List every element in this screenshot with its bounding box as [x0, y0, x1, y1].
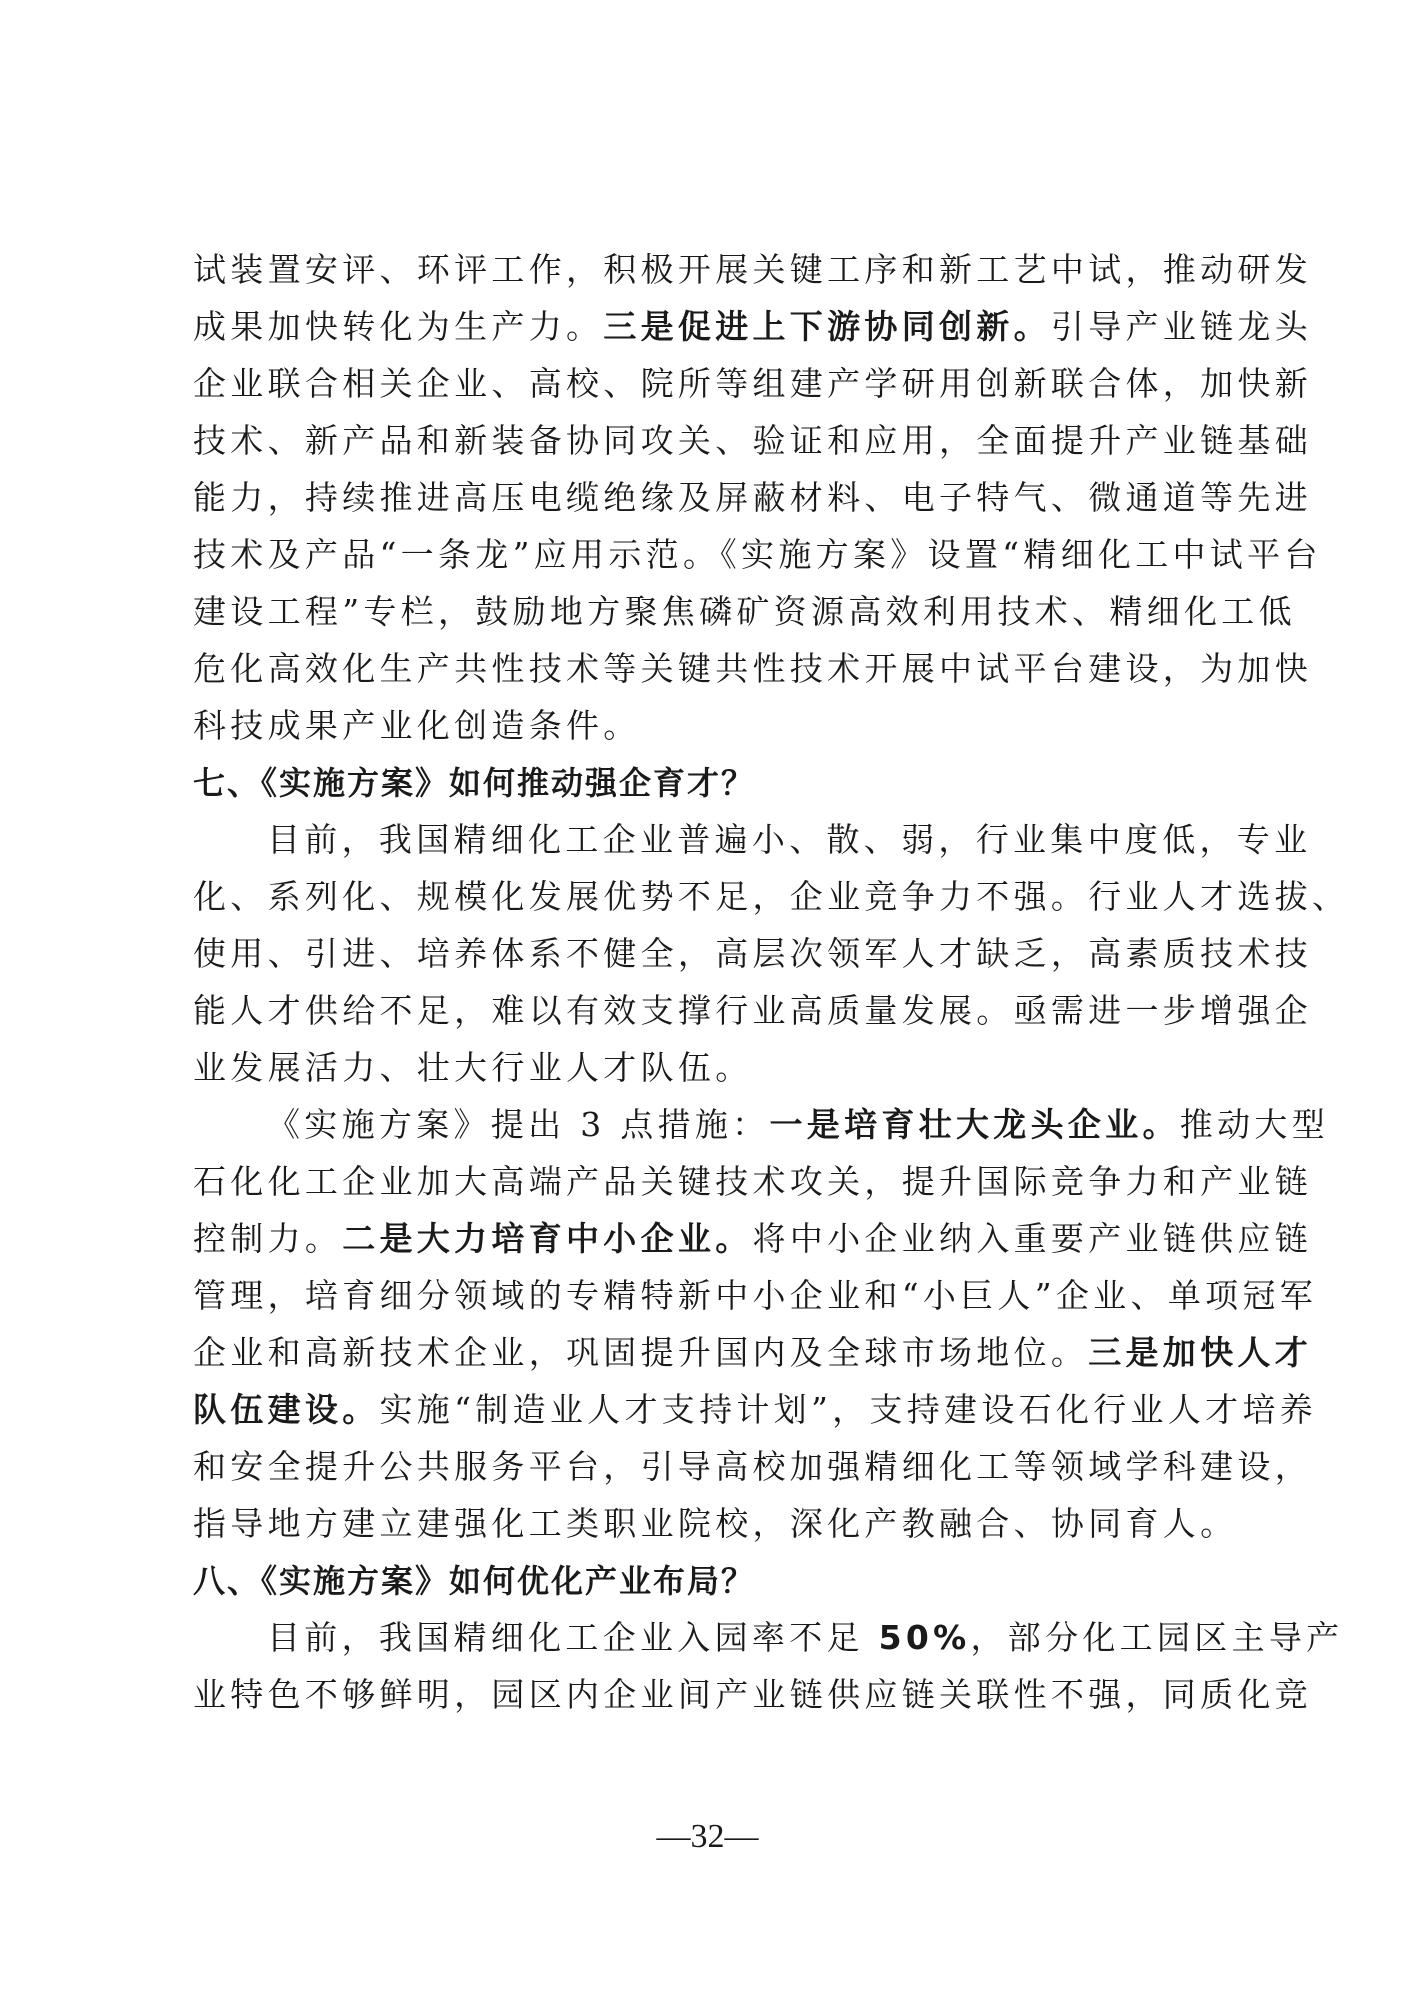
- paragraph-line: 能人才供给不足，难以有效支撑行业高质量发展。亟需进一步增强企: [193, 989, 1239, 1033]
- section-heading: 七、《实施方案》如何推动强企育才？: [193, 761, 1239, 805]
- text-run: 七、《实施方案》如何推动强企育才？: [193, 764, 755, 802]
- text-run: 控制力。: [193, 1219, 342, 1258]
- paragraph-line: 技术、新产品和新装备协同攻关、验证和应用，全面提升产业链基础: [193, 419, 1239, 463]
- paragraph-line: 试装置安评、环评工作，积极开展关键工序和新工艺中试，推动研发: [193, 248, 1239, 292]
- text-run: 目前，我国精细化工企业入园率不足: [267, 1618, 879, 1657]
- paragraph-line: 科技成果产业化创造条件。: [193, 704, 1239, 748]
- text-run: 和安全提升公共服务平台，引导高校加强精细化工等领域学科建设，: [193, 1447, 1312, 1486]
- text-run: 目前，我国精细化工企业普遍小、散、弱，行业集中度低，专业: [267, 820, 1311, 859]
- text-run: 建设工程”专栏，鼓励地方聚焦磷矿资源高效利用技术、精细化工低: [193, 592, 1296, 631]
- paragraph-line: 目前，我国精细化工企业普遍小、散、弱，行业集中度低，专业: [267, 818, 1239, 862]
- paragraph-line: 队伍建设。实施“制造业人才支持计划”，支持建设石化行业人才培养: [193, 1388, 1239, 1432]
- paragraph-line: 管理，培育细分领域的专精特新中小企业和“小巨人”企业、单项冠军: [193, 1274, 1239, 1318]
- bold-emphasis: 三是加快人才: [1088, 1333, 1312, 1372]
- paragraph-line: 建设工程”专栏，鼓励地方聚焦磷矿资源高效利用技术、精细化工低: [193, 590, 1239, 634]
- paragraph-line: 业特色不够鲜明，园区内企业间产业链供应链关联性不强，同质化竞: [193, 1673, 1239, 1717]
- text-run: 业特色不够鲜明，园区内企业间产业链供应链关联性不强，同质化竞: [193, 1675, 1312, 1714]
- paragraph-line: 企业和高新技术企业，巩固提升国内及全球市场地位。三是加快人才: [193, 1331, 1239, 1375]
- paragraph-line: 危化高效化生产共性技术等关键共性技术开展中试平台建设，为加快: [193, 647, 1239, 691]
- paragraph-line: 石化化工企业加大高端产品关键技术攻关，提升国际竞争力和产业链: [193, 1160, 1239, 1204]
- text-run: 危化高效化生产共性技术等关键共性技术开展中试平台建设，为加快: [193, 649, 1312, 688]
- text-run: 科技成果产业化创造条件。: [193, 706, 641, 745]
- text-run: 石化化工企业加大高端产品关键技术攻关，提升国际竞争力和产业链: [193, 1162, 1312, 1201]
- text-run: 使用、引进、培养体系不健全，高层次领军人才缺乏，高素质技术技: [193, 934, 1312, 973]
- paragraph-line: 控制力。二是大力培育中小企业。将中小企业纳入重要产业链供应链: [193, 1217, 1239, 1261]
- paragraph-line: 业发展活力、壮大行业人才队伍。: [193, 1046, 1239, 1090]
- paragraph-line: 使用、引进、培养体系不健全，高层次领军人才缺乏，高素质技术技: [193, 932, 1239, 976]
- text-run: 将中小企业纳入重要产业链供应链: [753, 1219, 1313, 1258]
- text-run: 试装置安评、环评工作，积极开展关键工序和新工艺中试，推动研发: [193, 250, 1312, 289]
- paragraph-line: 化、系列化、规模化发展优势不足，企业竞争力不强。行业人才选拔、: [193, 875, 1239, 919]
- text-run: 技术、新产品和新装备协同攻关、验证和应用，全面提升产业链基础: [193, 421, 1312, 460]
- text-run: 能人才供给不足，难以有效支撑行业高质量发展。亟需进一步增强企: [193, 991, 1312, 1030]
- section-heading: 八、《实施方案》如何优化产业布局？: [193, 1559, 1239, 1603]
- text-run: ，部分化工园区主导产: [970, 1618, 1343, 1657]
- paragraph-line: 指导地方建立建强化工类职业院校，深化产教融合、协同育人。: [193, 1502, 1239, 1546]
- paragraph-line: 企业联合相关企业、高校、院所等组建产学研用创新联合体，加快新: [193, 362, 1239, 406]
- text-run: 业发展活力、壮大行业人才队伍。: [193, 1048, 753, 1087]
- bold-emphasis: 50%: [879, 1618, 971, 1657]
- text-run: 引导产业链龙头: [1051, 307, 1312, 346]
- paragraph-line: 能力，持续推进高压电缆绝缘及屏蔽材料、电子特气、微通道等先进: [193, 476, 1239, 520]
- text-run: 指导地方建立建强化工类职业院校，深化产教融合、协同育人。: [193, 1504, 1237, 1543]
- paragraph-line: 和安全提升公共服务平台，引导高校加强精细化工等领域学科建设，: [193, 1445, 1239, 1489]
- bold-emphasis: 三是促进上下游协同创新。: [603, 307, 1051, 346]
- text-run: 成果加快转化为生产力。: [193, 307, 603, 346]
- text-run: 化、系列化、规模化发展优势不足，企业竞争力不强。行业人才选拔、: [193, 877, 1349, 916]
- text-run: 企业和高新技术企业，巩固提升国内及全球市场地位。: [193, 1333, 1088, 1372]
- text-run: 推动大型: [1180, 1105, 1329, 1144]
- text-run: 八、《实施方案》如何优化产业布局？: [193, 1562, 755, 1600]
- text-run: 《实施方案》提出 3 点措施：: [267, 1105, 769, 1144]
- paragraph-line: 成果加快转化为生产力。三是促进上下游协同创新。引导产业链龙头: [193, 305, 1239, 349]
- page-number: —32—: [0, 1818, 1415, 1856]
- bold-emphasis: 一是培育壮大龙头企业。: [769, 1105, 1179, 1144]
- bold-emphasis: 二是大力培育中小企业。: [342, 1219, 752, 1258]
- text-run: 技术及产品“一条龙”应用示范。《实施方案》设置“精细化工中试平台: [193, 535, 1322, 574]
- text-run: 管理，培育细分领域的专精特新中小企业和“小巨人”企业、单项冠军: [193, 1276, 1317, 1315]
- text-run: 企业联合相关企业、高校、院所等组建产学研用创新联合体，加快新: [193, 364, 1312, 403]
- paragraph-line: 技术及产品“一条龙”应用示范。《实施方案》设置“精细化工中试平台: [193, 533, 1239, 577]
- document-page: 试装置安评、环评工作，积极开展关键工序和新工艺中试，推动研发成果加快转化为生产力…: [0, 0, 1415, 2000]
- paragraph-line: 《实施方案》提出 3 点措施：一是培育壮大龙头企业。推动大型: [267, 1103, 1239, 1147]
- text-run: 实施“制造业人才支持计划”，支持建设石化行业人才培养: [380, 1390, 1318, 1429]
- text-run: 能力，持续推进高压电缆绝缘及屏蔽材料、电子特气、微通道等先进: [193, 478, 1312, 517]
- bold-emphasis: 队伍建设。: [193, 1390, 380, 1429]
- paragraph-line: 目前，我国精细化工企业入园率不足 50%，部分化工园区主导产: [267, 1616, 1239, 1660]
